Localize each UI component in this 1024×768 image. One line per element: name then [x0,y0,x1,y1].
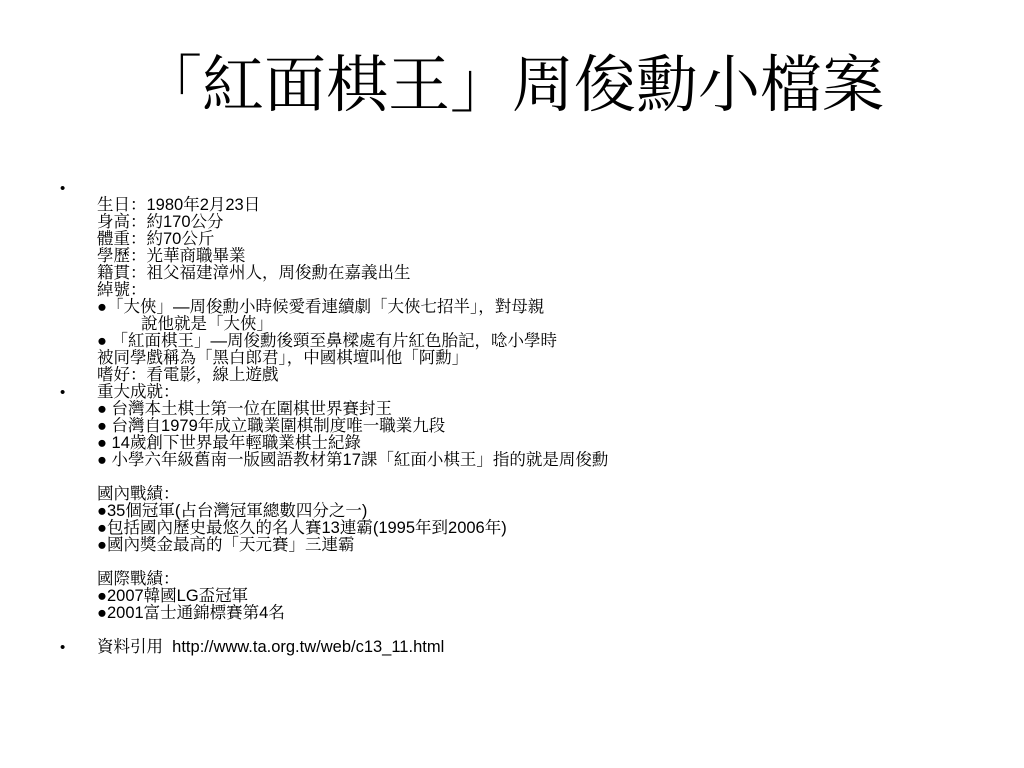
body-line: •重大成就： [0,384,1024,401]
body-line-text: ● 「紅面棋王」—周俊勳後頸至鼻樑處有片紅色胎記，唸小學時 [97,332,557,350]
body-line-text: ● 台灣本土棋士第一位在圍棋世界賽封王 [97,400,392,418]
body-line: 國內戰績： [0,486,1024,503]
body-line-text: 學歷：光華商職畢業 [97,247,246,265]
body-line-text: 籍貫：祖父福建漳州人，周俊勳在嘉義出生 [97,264,411,282]
body-line-text: 嗜好：看電影，線上遊戲 [97,366,279,384]
body-line-text: 體重：約70公斤 [97,230,214,248]
body-line-text: 身高：約170公分 [97,213,224,231]
body-line-text: ●國內獎金最高的「天元賽」三連霸 [97,536,354,554]
body-line: ● 台灣本土棋士第一位在圍棋世界賽封王 [0,401,1024,418]
body-line: 籍貫：祖父福建漳州人，周俊勳在嘉義出生 [0,265,1024,282]
body-line-text: 重大成就： [97,383,180,401]
body-line-text: 資料引用 http://www.ta.org.tw/web/c13_11.htm… [97,638,444,656]
body-line: ●2007韓國LG盃冠軍 [0,588,1024,605]
body-line-text: ●35個冠軍(占台灣冠軍總數四分之一) [97,502,367,520]
body-line: • [0,180,1024,197]
slide-body: • 生日：1980年2月23日身高：約170公分體重：約70公斤學歷：光華商職畢… [0,180,1024,656]
body-line: 說他就是「大俠」 [0,316,1024,333]
body-line: 生日：1980年2月23日 [0,197,1024,214]
body-line-text: ●包括國內歷史最悠久的名人賽13連霸(1995年到2006年) [97,519,507,537]
body-line: 學歷：光華商職畢業 [0,248,1024,265]
body-line [0,469,1024,486]
body-line: ●2001富士通錦標賽第4名 [0,605,1024,622]
bullet-icon: • [60,639,80,656]
body-line-text: ●2001富士通錦標賽第4名 [97,604,285,622]
slide-title: 「紅面棋王」周俊勳小檔案 [0,40,1024,132]
body-line: ●國內獎金最高的「天元賽」三連霸 [0,537,1024,554]
body-line-text [97,621,102,639]
body-line: ● 台灣自1979年成立職業圍棋制度唯一職業九段 [0,418,1024,435]
body-line-text: 生日：1980年2月23日 [97,196,260,214]
body-line: 被同學戲稱為「黑白郎君」，中國棋壇叫他「阿勳」 [0,350,1024,367]
body-line: ●35個冠軍(占台灣冠軍總數四分之一) [0,503,1024,520]
body-line-text: 被同學戲稱為「黑白郎君」，中國棋壇叫他「阿勳」 [97,349,468,367]
body-line: 嗜好：看電影，線上遊戲 [0,367,1024,384]
body-line-text: ●「大俠」—周俊勳小時候愛看連續劇「大俠七招半」，對母親 [97,298,544,316]
body-line: ●包括國內歷史最悠久的名人賽13連霸(1995年到2006年) [0,520,1024,537]
body-line-text [97,468,102,486]
bullet-icon: • [60,384,80,401]
body-line-text: 國際戰績： [97,570,180,588]
bullet-icon: • [60,180,80,197]
body-line: 國際戰績： [0,571,1024,588]
slide: 「紅面棋王」周俊勳小檔案 • 生日：1980年2月23日身高：約170公分體重：… [0,0,1024,768]
body-line: 體重：約70公斤 [0,231,1024,248]
body-line: ● 小學六年級舊南一版國語教材第17課「紅面小棋王」指的就是周俊勳 [0,452,1024,469]
body-line: 綽號： [0,282,1024,299]
body-line-text: ● 14歲創下世界最年輕職業棋士紀錄 [97,434,361,452]
body-line: ●「大俠」—周俊勳小時候愛看連續劇「大俠七招半」，對母親 [0,299,1024,316]
body-line-text: ● 小學六年級舊南一版國語教材第17課「紅面小棋王」指的就是周俊勳 [97,451,608,469]
body-line [0,622,1024,639]
body-line: 身高：約170公分 [0,214,1024,231]
body-line-text: ●2007韓國LG盃冠軍 [97,587,248,605]
body-line: ● 「紅面棋王」—周俊勳後頸至鼻樑處有片紅色胎記，唸小學時 [0,333,1024,350]
body-line: ● 14歲創下世界最年輕職業棋士紀錄 [0,435,1024,452]
body-line-text: ● 台灣自1979年成立職業圍棋制度唯一職業九段 [97,417,445,435]
body-line: •資料引用 http://www.ta.org.tw/web/c13_11.ht… [0,639,1024,656]
body-line-text [97,179,102,197]
body-line-text [97,553,102,571]
body-line-text: 國內戰績： [97,485,180,503]
body-line [0,554,1024,571]
body-line-text: 綽號： [97,281,147,299]
body-line-text: 說他就是「大俠」 [141,315,273,333]
